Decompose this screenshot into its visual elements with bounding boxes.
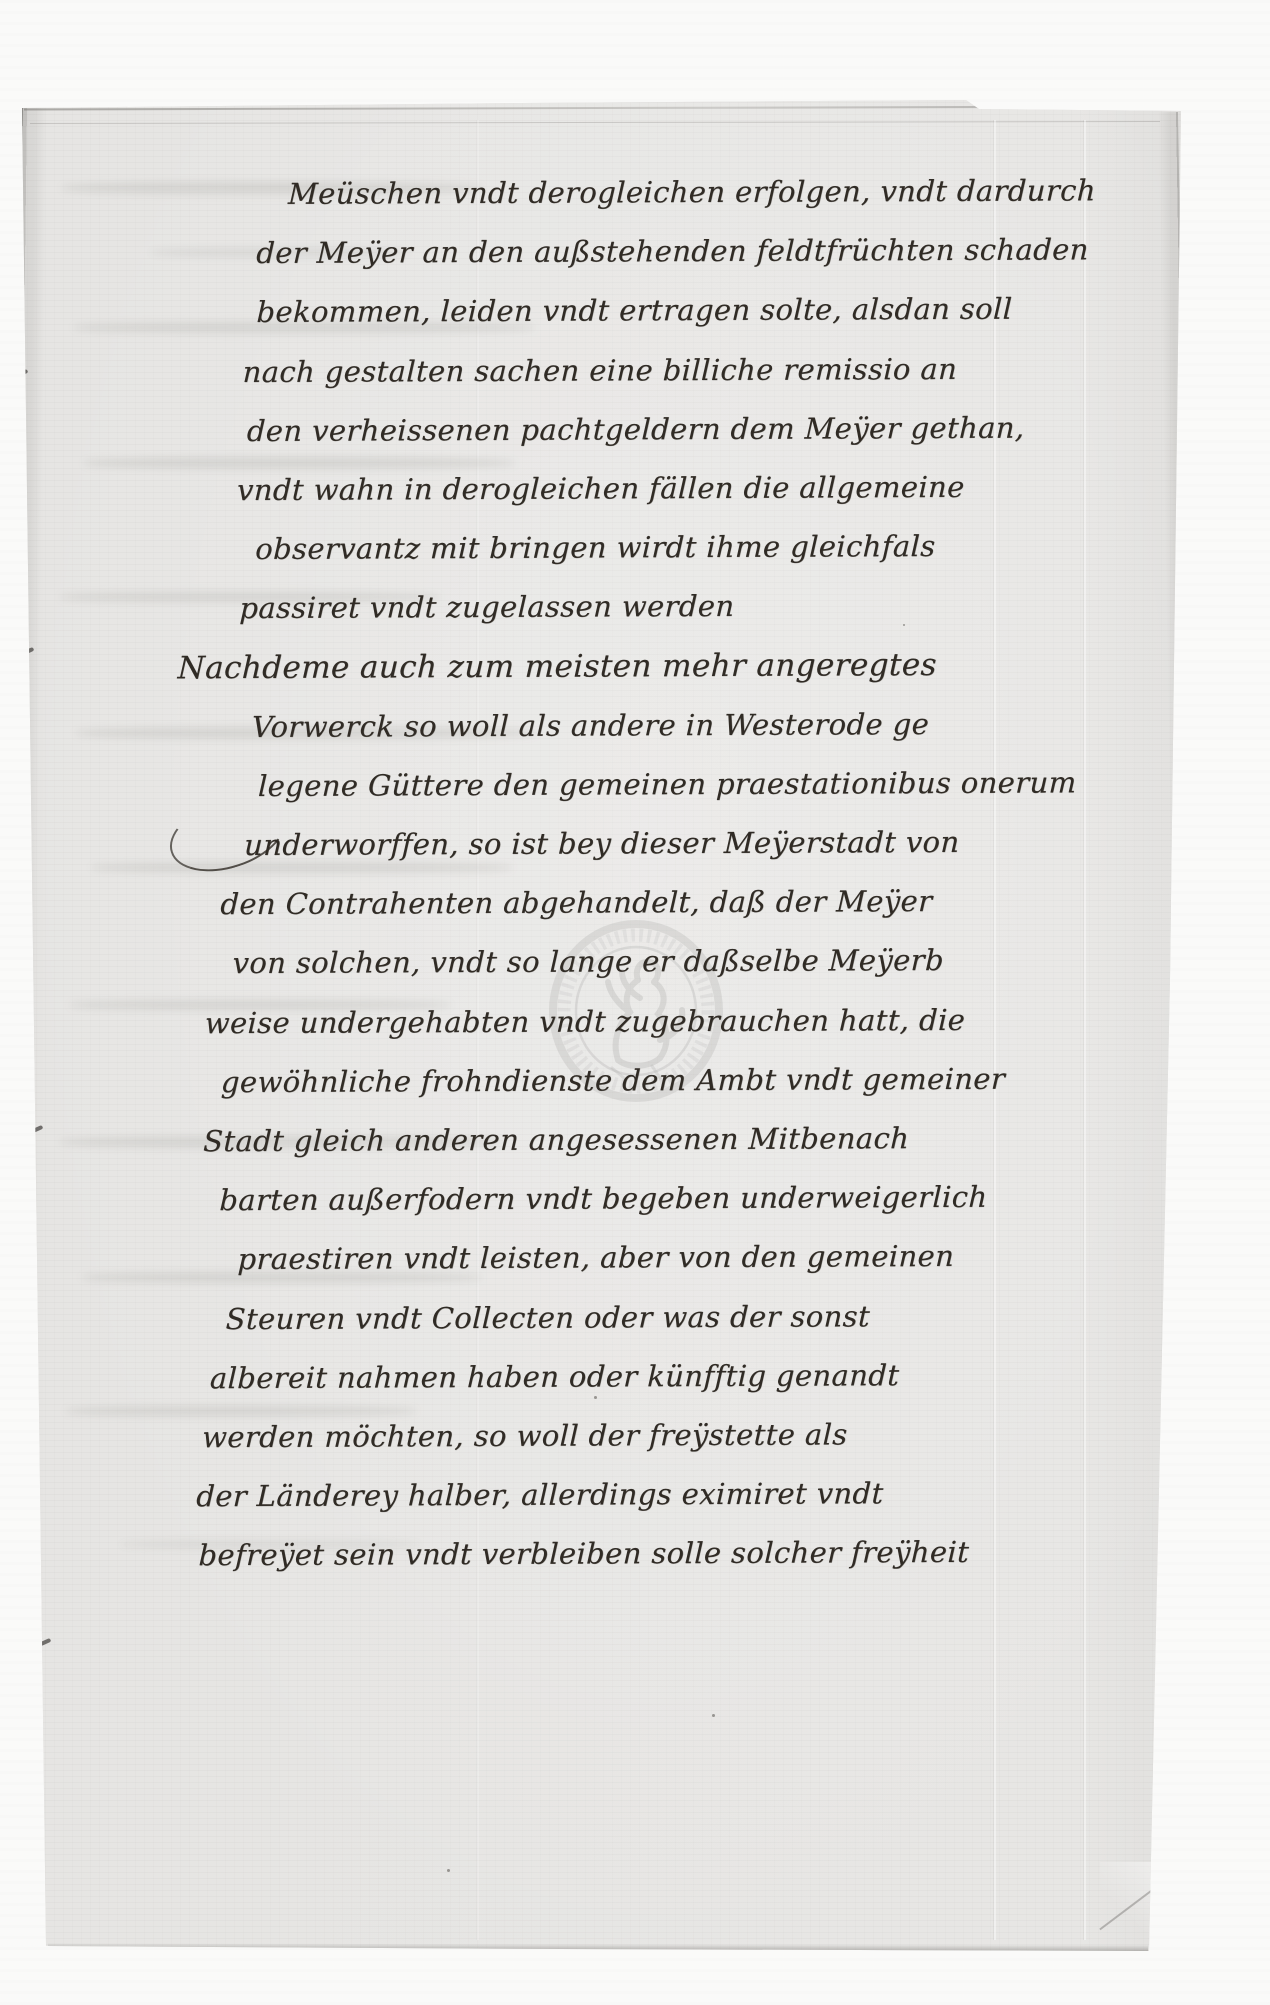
text-line: Nachdeme auch zum meisten mehr angeregte… (177, 635, 959, 698)
binding-edge-shadow (0, 106, 49, 1950)
ink-speck (1205, 1036, 1208, 1039)
text-line: observantz mit bringen wirdt ihme gleich… (254, 517, 962, 579)
vertical-crease (993, 120, 996, 1940)
ink-speck (712, 1714, 715, 1717)
ink-speck (447, 1869, 450, 1872)
text-line: albereit nahmen haben oder künfftig gena… (209, 1346, 937, 1408)
text-line: der Länderey halber, allerdings eximiret… (195, 1464, 933, 1526)
manuscript-text: Meüschen vndt derogleichen erfolgen, vnd… (210, 162, 973, 1586)
manuscript-paragraph-2: Nachdeme auch zum meisten mehr angeregte… (210, 635, 959, 1585)
text-line: den verheissenen pachtgeldern dem Meÿer … (246, 399, 966, 461)
text-line: passiret vndt zugelassen werden (239, 576, 961, 638)
text-line: der Meÿer an den außstehenden feldtfrüch… (255, 221, 971, 283)
text-line: Vorwerck so woll als andere in Westerode… (251, 695, 957, 757)
paper-bottom-edge-shadow (48, 1943, 1148, 1951)
text-line: vndt wahn in derogleichen fällen die all… (236, 458, 964, 520)
stitch-mark (40, 1638, 52, 1646)
manuscript-paragraph-1: Meüschen vndt derogleichen erfolgen, vnd… (239, 162, 973, 639)
ink-speck (594, 1396, 597, 1399)
text-line: legene Güttere den gemeinen praestationi… (257, 754, 955, 816)
text-line: den Contrahenten abgehandelt, daß der Me… (219, 872, 951, 934)
text-line: werden möchten, so woll der freÿstette a… (201, 1405, 935, 1467)
text-line: befreÿet sein vndt verbleiben solle solc… (198, 1523, 932, 1585)
text-line: weise undergehabten vndt zugebrauchen ha… (204, 991, 948, 1053)
text-line: Steuren vndt Collecten oder was der sons… (225, 1287, 939, 1349)
text-line: Meüschen vndt derogleichen erfolgen, vnd… (287, 162, 973, 224)
scan-background: { "page": { "kind": "handwritten-manuscr… (0, 0, 1270, 2005)
text-line: von solchen, vndt so lange er daßselbe M… (232, 931, 950, 993)
text-line: gewöhnliche frohndienste dem Ambt vndt g… (220, 1050, 946, 1112)
ink-speck (903, 624, 905, 626)
paper-top-edge (24, 105, 1176, 110)
paper-top-fold-line (30, 121, 1160, 124)
vertical-crease (1083, 120, 1086, 1940)
text-line: bekommen, leiden vndt ertragen solte, al… (256, 280, 970, 342)
paper-right-edge-shadow (1148, 112, 1209, 1952)
stitch-mark (32, 1125, 44, 1133)
text-line: barten außerfodern vndt begeben underwei… (218, 1168, 942, 1230)
text-line: praestiren vndt leisten, aber von den ge… (237, 1227, 941, 1289)
text-line: nach gestalten sachen eine billiche remi… (242, 339, 968, 401)
text-line: underworffen, so ist bey dieser Meÿersta… (243, 813, 953, 875)
manuscript-page: Meüschen vndt derogleichen erfolgen, vnd… (0, 0, 1270, 2005)
text-line: Stadt gleich anderen angesessenen Mitben… (202, 1109, 944, 1171)
